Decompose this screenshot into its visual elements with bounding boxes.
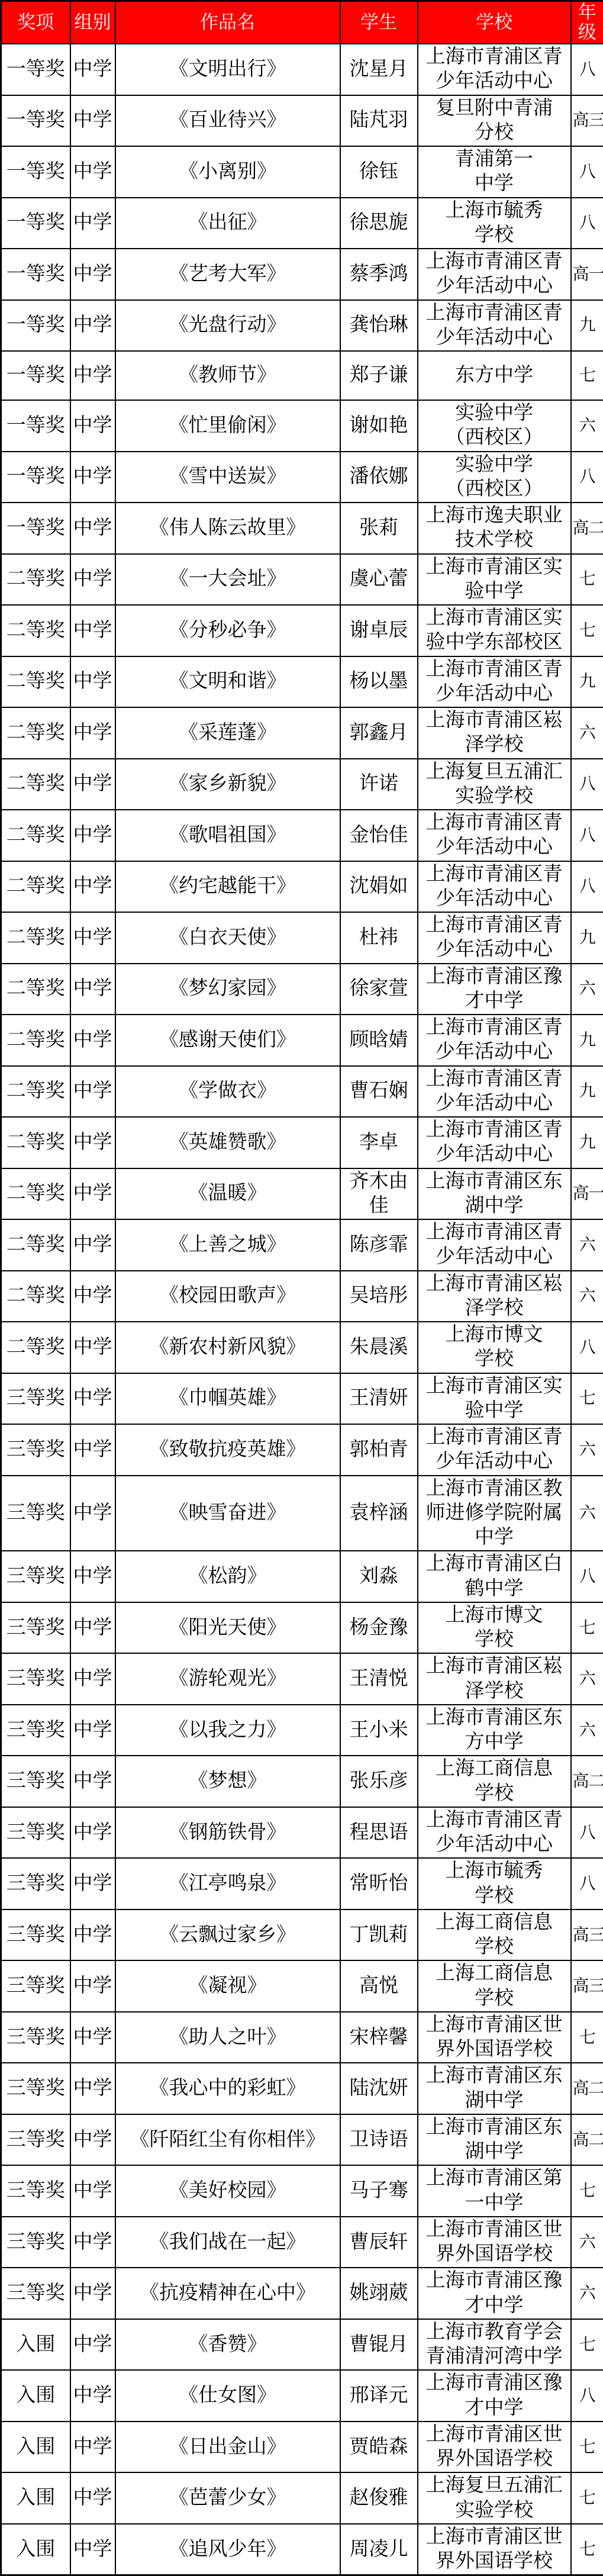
group-cell: 中学 (70, 146, 115, 198)
table-row: 一等奖中学《教师节》郑子谦东方中学七 (1, 351, 603, 400)
award-cell: 二等奖 (1, 1219, 70, 1271)
award-cell: 入围 (1, 2472, 70, 2524)
grade-cell: 八 (571, 810, 603, 861)
table-row: 二等奖中学《一大会址》虞心蕾上海市青浦区实 验中学七 (1, 554, 603, 606)
table-row: 三等奖中学《阡陌红尘有你相伴》卫诗语上海市青浦区东 湖中学高二 (1, 2114, 603, 2166)
table-row: 入围中学《芭蕾少女》赵俊雅上海复旦五浦汇 实验学校七 (1, 2472, 603, 2524)
table-row: 三等奖中学《梦想》张乐彦上海工商信息 学校高二 (1, 1756, 603, 1807)
award-cell: 一等奖 (1, 198, 70, 249)
group-cell: 中学 (70, 2524, 115, 2575)
award-cell: 一等奖 (1, 44, 70, 95)
student-name-cell: 刘淼 (340, 1551, 418, 1602)
group-cell: 中学 (70, 2370, 115, 2422)
student-name-cell: 杨金豫 (340, 1602, 418, 1654)
group-cell: 中学 (70, 2114, 115, 2166)
student-name-cell: 杜祎 (340, 912, 418, 964)
school-cell: 上海市青浦区东 湖中学 (418, 2114, 571, 2166)
grade-cell: 高二 (571, 2114, 603, 2166)
school-cell: 上海市青浦区青 少年活动中心 (418, 656, 571, 708)
table-row: 二等奖中学《学做衣》曹石娴上海市青浦区青 少年活动中心九 (1, 1066, 603, 1118)
group-cell: 中学 (70, 400, 115, 452)
student-name-cell: 潘依娜 (340, 452, 418, 503)
table-row: 三等奖中学《游轮观光》王清悦上海市青浦区崧 泽学校六 (1, 1653, 603, 1705)
table-row: 二等奖中学《歌唱祖国》金怡佳上海市青浦区青 少年活动中心八 (1, 810, 603, 861)
table-row: 二等奖中学《校园田歌声》吴培彤上海市青浦区崧 泽学校六 (1, 1271, 603, 1322)
school-cell: 上海复旦五浦汇 实验学校 (418, 759, 571, 810)
school-cell: 上海工商信息 学校 (418, 1910, 571, 1961)
student-name-cell: 王清妍 (340, 1373, 418, 1425)
table-row: 三等奖中学《钢筋铁骨》程思语上海市青浦区青 少年活动中心八 (1, 1807, 603, 1859)
grade-cell: 六 (571, 964, 603, 1015)
work-title-cell: 《校园田歌声》 (115, 1271, 340, 1322)
award-cell: 二等奖 (1, 605, 70, 656)
work-title-cell: 《梦幻家园》 (115, 964, 340, 1015)
table-row: 三等奖中学《云飘过家乡》丁凯莉上海工商信息 学校高三 (1, 1910, 603, 1961)
group-cell: 中学 (70, 1910, 115, 1961)
grade-cell: 高二 (571, 1756, 603, 1807)
group-cell: 中学 (70, 1960, 115, 2012)
grade-cell: 七 (571, 554, 603, 606)
table-row: 一等奖中学《出征》徐思旎上海市毓秀 学校八 (1, 198, 603, 249)
grade-cell: 六 (571, 1476, 603, 1551)
grade-cell: 六 (571, 707, 603, 759)
school-cell: 上海市逸夫职业 技术学校 (418, 503, 571, 554)
school-cell: 上海市毓秀 学校 (418, 198, 571, 249)
student-name-cell: 姚翊葳 (340, 2268, 418, 2319)
work-title-cell: 《艺考大军》 (115, 249, 340, 300)
award-cell: 二等奖 (1, 1271, 70, 1322)
work-title-cell: 《英雄赞歌》 (115, 1117, 340, 1168)
school-cell: 上海市青浦区东 湖中学 (418, 2063, 571, 2114)
grade-cell: 六 (571, 1219, 603, 1271)
grade-cell: 高三 (571, 1960, 603, 2012)
school-cell: 实验中学 （西校区） (418, 452, 571, 503)
award-cell: 一等奖 (1, 249, 70, 300)
student-name-cell: 邢译元 (340, 2370, 418, 2422)
work-title-cell: 《小离别》 (115, 146, 340, 198)
student-name-cell: 陈彦霏 (340, 1219, 418, 1271)
grade-cell: 八 (571, 861, 603, 913)
award-cell: 二等奖 (1, 1168, 70, 1220)
table-row: 三等奖中学《抗疫精神在心中》姚翊葳上海市青浦区豫 才中学六 (1, 2268, 603, 2319)
grade-cell: 六 (571, 400, 603, 452)
group-cell: 中学 (70, 1219, 115, 1271)
work-title-cell: 《我们战在一起》 (115, 2217, 340, 2268)
award-cell: 三等奖 (1, 1756, 70, 1807)
award-cell: 三等奖 (1, 1858, 70, 1910)
school-cell: 上海市青浦区崧 泽学校 (418, 707, 571, 759)
work-title-cell: 《雪中送炭》 (115, 452, 340, 503)
award-cell: 二等奖 (1, 759, 70, 810)
grade-cell: 六 (571, 1653, 603, 1705)
student-name-cell: 虞心蕾 (340, 554, 418, 606)
school-cell: 上海工商信息 学校 (418, 1960, 571, 2012)
work-title-cell: 《教师节》 (115, 351, 340, 400)
school-cell: 上海市博文 学校 (418, 1602, 571, 1654)
table-row: 一等奖中学《雪中送炭》潘依娜实验中学 （西校区）八 (1, 452, 603, 503)
school-cell: 上海市青浦区青 少年活动中心 (418, 1117, 571, 1168)
award-cell: 三等奖 (1, 1807, 70, 1859)
student-name-cell: 张乐彦 (340, 1756, 418, 1807)
work-title-cell: 《百业待兴》 (115, 95, 340, 147)
award-cell: 三等奖 (1, 1960, 70, 2012)
grade-cell: 高一 (571, 249, 603, 300)
grade-cell: 八 (571, 1551, 603, 1602)
grade-cell: 七 (571, 2422, 603, 2473)
work-title-cell: 《我心中的彩虹》 (115, 2063, 340, 2114)
table-row: 二等奖中学《温暖》齐木由佳上海市青浦区东 湖中学高一 (1, 1168, 603, 1220)
award-cell: 二等奖 (1, 810, 70, 861)
school-cell: 上海工商信息 学校 (418, 1756, 571, 1807)
student-name-cell: 谢卓辰 (340, 605, 418, 656)
work-title-cell: 《日出金山》 (115, 2422, 340, 2473)
work-title-cell: 《新农村新风貌》 (115, 1322, 340, 1373)
student-name-cell: 袁梓涵 (340, 1476, 418, 1551)
table-row: 三等奖中学《松韵》刘淼上海市青浦区白 鹤中学八 (1, 1551, 603, 1602)
school-cell: 上海市青浦区青 少年活动中心 (418, 810, 571, 861)
school-cell: 上海市青浦区世 界外国语学校 (418, 2012, 571, 2063)
work-title-cell: 《助人之叶》 (115, 2012, 340, 2063)
student-name-cell: 丁凯莉 (340, 1910, 418, 1961)
award-cell: 二等奖 (1, 861, 70, 913)
school-cell: 上海市教育学会 青浦清河湾中学 (418, 2319, 571, 2371)
work-title-cell: 《香赞》 (115, 2319, 340, 2371)
work-title-cell: 《感谢天使们》 (115, 1015, 340, 1066)
award-cell: 二等奖 (1, 707, 70, 759)
work-title-cell: 《阳光天使》 (115, 1602, 340, 1654)
grade-cell: 九 (571, 912, 603, 964)
group-cell: 中学 (70, 861, 115, 913)
student-name-cell: 宋梓馨 (340, 2012, 418, 2063)
group-cell: 中学 (70, 1705, 115, 1756)
award-table-body: 一等奖中学《文明出行》沈星月上海市青浦区青 少年活动中心八一等奖中学《百业待兴》… (1, 44, 603, 2575)
table-row: 二等奖中学《上善之城》陈彦霏上海市青浦区青 少年活动中心六 (1, 1219, 603, 1271)
school-cell: 上海市青浦区豫 才中学 (418, 2268, 571, 2319)
group-cell: 中学 (70, 300, 115, 352)
award-cell: 一等奖 (1, 400, 70, 452)
award-cell: 三等奖 (1, 1653, 70, 1705)
grade-cell: 七 (571, 1602, 603, 1654)
work-title-cell: 《江亭鸣泉》 (115, 1858, 340, 1910)
grade-cell: 七 (571, 605, 603, 656)
work-title-cell: 《凝视》 (115, 1960, 340, 2012)
group-cell: 中学 (70, 759, 115, 810)
student-name-cell: 谢如艳 (340, 400, 418, 452)
group-cell: 中学 (70, 1424, 115, 1476)
table-row: 三等奖中学《我心中的彩虹》陆沈妍上海市青浦区东 湖中学高二 (1, 2063, 603, 2114)
student-name-cell: 徐家萱 (340, 964, 418, 1015)
group-cell: 中学 (70, 1807, 115, 1859)
work-title-cell: 《文明和谐》 (115, 656, 340, 708)
work-title-cell: 《追风少年》 (115, 2524, 340, 2575)
grade-cell: 八 (571, 759, 603, 810)
group-cell: 中学 (70, 198, 115, 249)
school-cell: 上海市青浦区青 少年活动中心 (418, 1424, 571, 1476)
table-row: 三等奖中学《巾帼英雄》王清妍上海市青浦区实 验中学七 (1, 1373, 603, 1425)
table-row: 二等奖中学《约宅越能干》沈娟如上海市青浦区青 少年活动中心八 (1, 861, 603, 913)
student-name-cell: 徐钰 (340, 146, 418, 198)
student-name-cell: 沈星月 (340, 44, 418, 95)
group-cell: 中学 (70, 656, 115, 708)
group-cell: 中学 (70, 2165, 115, 2217)
work-title-cell: 《白衣天使》 (115, 912, 340, 964)
award-cell: 三等奖 (1, 1373, 70, 1425)
award-cell: 三等奖 (1, 2114, 70, 2166)
award-cell: 三等奖 (1, 2268, 70, 2319)
award-cell: 二等奖 (1, 656, 70, 708)
work-title-cell: 《文明出行》 (115, 44, 340, 95)
grade-cell: 八 (571, 1858, 603, 1910)
work-title-cell: 《约宅越能干》 (115, 861, 340, 913)
table-row: 三等奖中学《江亭鸣泉》常昕怡上海市毓秀 学校八 (1, 1858, 603, 1910)
grade-cell: 七 (571, 2472, 603, 2524)
header-student: 学生 (340, 1, 418, 44)
school-cell: 上海市青浦区白 鹤中学 (418, 1551, 571, 1602)
grade-cell: 高一 (571, 1168, 603, 1220)
student-name-cell: 朱晨溪 (340, 1322, 418, 1373)
award-cell: 三等奖 (1, 2012, 70, 2063)
grade-cell: 八 (571, 1807, 603, 1859)
work-title-cell: 《采莲蓬》 (115, 707, 340, 759)
header-work: 作品名 (115, 1, 340, 44)
group-cell: 中学 (70, 1066, 115, 1118)
school-cell: 上海市青浦区第 一中学 (418, 2165, 571, 2217)
award-cell: 一等奖 (1, 95, 70, 147)
award-results-table: 奖项 组别 作品名 学生 学校 年级 一等奖中学《文明出行》沈星月上海市青浦区青… (0, 0, 603, 2576)
award-cell: 三等奖 (1, 2063, 70, 2114)
school-cell: 上海市青浦区青 少年活动中心 (418, 249, 571, 300)
table-row: 一等奖中学《伟人陈云故里》张莉上海市逸夫职业 技术学校高二 (1, 503, 603, 554)
school-cell: 上海市青浦区青 少年活动中心 (418, 1219, 571, 1271)
award-cell: 二等奖 (1, 1066, 70, 1118)
school-cell: 青浦第一 中学 (418, 146, 571, 198)
header-grade: 年级 (571, 1, 603, 44)
award-cell: 一等奖 (1, 300, 70, 352)
table-row: 三等奖中学《映雪奋进》袁梓涵上海市青浦区教 师进修学院附属 中学六 (1, 1476, 603, 1551)
work-title-cell: 《上善之城》 (115, 1219, 340, 1271)
grade-cell: 高三 (571, 1910, 603, 1961)
work-title-cell: 《仕女图》 (115, 2370, 340, 2422)
student-name-cell: 曹锟月 (340, 2319, 418, 2371)
table-row: 二等奖中学《英雄赞歌》李卓上海市青浦区青 少年活动中心九 (1, 1117, 603, 1168)
school-cell: 上海市青浦区青 少年活动中心 (418, 1066, 571, 1118)
student-name-cell: 常昕怡 (340, 1858, 418, 1910)
group-cell: 中学 (70, 1756, 115, 1807)
grade-cell: 九 (571, 1015, 603, 1066)
group-cell: 中学 (70, 810, 115, 861)
work-title-cell: 《云飘过家乡》 (115, 1910, 340, 1961)
group-cell: 中学 (70, 1322, 115, 1373)
group-cell: 中学 (70, 554, 115, 606)
student-name-cell: 李卓 (340, 1117, 418, 1168)
group-cell: 中学 (70, 2012, 115, 2063)
group-cell: 中学 (70, 912, 115, 964)
grade-cell: 七 (571, 2319, 603, 2371)
group-cell: 中学 (70, 95, 115, 147)
award-cell: 二等奖 (1, 1322, 70, 1373)
table-row: 二等奖中学《感谢天使们》顾晗婧上海市青浦区青 少年活动中心九 (1, 1015, 603, 1066)
school-cell: 上海市青浦区世 界外国语学校 (418, 2524, 571, 2575)
student-name-cell: 马子骞 (340, 2165, 418, 2217)
work-title-cell: 《游轮观光》 (115, 1653, 340, 1705)
work-title-cell: 《温暖》 (115, 1168, 340, 1220)
school-cell: 上海市青浦区豫 才中学 (418, 2370, 571, 2422)
award-cell: 入围 (1, 2524, 70, 2575)
student-name-cell: 齐木由佳 (340, 1168, 418, 1220)
work-title-cell: 《学做衣》 (115, 1066, 340, 1118)
student-name-cell: 吴培彤 (340, 1271, 418, 1322)
school-cell: 复旦附中青浦 分校 (418, 95, 571, 147)
grade-cell: 高二 (571, 2063, 603, 2114)
group-cell: 中学 (70, 1602, 115, 1654)
school-cell: 上海市青浦区豫 才中学 (418, 964, 571, 1015)
table-row: 二等奖中学《采莲蓬》郭鑫月上海市青浦区崧 泽学校六 (1, 707, 603, 759)
table-row: 二等奖中学《白衣天使》杜祎上海市青浦区青 少年活动中心九 (1, 912, 603, 964)
student-name-cell: 高悦 (340, 1960, 418, 2012)
grade-cell: 九 (571, 1117, 603, 1168)
work-title-cell: 《抗疫精神在心中》 (115, 2268, 340, 2319)
group-cell: 中学 (70, 1117, 115, 1168)
group-cell: 中学 (70, 707, 115, 759)
grade-cell: 七 (571, 351, 603, 400)
group-cell: 中学 (70, 2319, 115, 2371)
grade-cell: 八 (571, 146, 603, 198)
school-cell: 上海市博文 学校 (418, 1322, 571, 1373)
award-cell: 二等奖 (1, 1015, 70, 1066)
table-row: 一等奖中学《小离别》徐钰青浦第一 中学八 (1, 146, 603, 198)
student-name-cell: 徐思旎 (340, 198, 418, 249)
table-row: 一等奖中学《忙里偷闲》谢如艳实验中学 （西校区）六 (1, 400, 603, 452)
school-cell: 上海市青浦区世 界外国语学校 (418, 2217, 571, 2268)
student-name-cell: 卫诗语 (340, 2114, 418, 2166)
grade-cell: 八 (571, 2370, 603, 2422)
student-name-cell: 赵俊雅 (340, 2472, 418, 2524)
grade-cell: 八 (571, 452, 603, 503)
student-name-cell: 郑子谦 (340, 351, 418, 400)
student-name-cell: 蔡季鸿 (340, 249, 418, 300)
school-cell: 上海复旦五浦汇 实验学校 (418, 2472, 571, 2524)
work-title-cell: 《钢筋铁骨》 (115, 1807, 340, 1859)
school-cell: 上海市青浦区东 湖中学 (418, 1168, 571, 1220)
award-cell: 一等奖 (1, 351, 70, 400)
group-cell: 中学 (70, 605, 115, 656)
group-cell: 中学 (70, 2422, 115, 2473)
group-cell: 中学 (70, 1271, 115, 1322)
group-cell: 中学 (70, 2063, 115, 2114)
work-title-cell: 《芭蕾少女》 (115, 2472, 340, 2524)
work-title-cell: 《梦想》 (115, 1756, 340, 1807)
award-cell: 三等奖 (1, 2217, 70, 2268)
table-row: 二等奖中学《梦幻家园》徐家萱上海市青浦区豫 才中学六 (1, 964, 603, 1015)
student-name-cell: 龚怡琳 (340, 300, 418, 352)
award-cell: 入围 (1, 2319, 70, 2371)
school-cell: 实验中学 （西校区） (418, 400, 571, 452)
student-name-cell: 程思语 (340, 1807, 418, 1859)
grade-cell: 九 (571, 656, 603, 708)
group-cell: 中学 (70, 964, 115, 1015)
table-row: 二等奖中学《分秒必争》谢卓辰上海市青浦区实 验中学东部校区七 (1, 605, 603, 656)
student-name-cell: 金怡佳 (340, 810, 418, 861)
header-group: 组别 (70, 1, 115, 44)
school-cell: 上海市青浦区东 方中学 (418, 1705, 571, 1756)
table-row: 一等奖中学《光盘行动》龚怡琳上海市青浦区青 少年活动中心九 (1, 300, 603, 352)
award-cell: 二等奖 (1, 1117, 70, 1168)
award-cell: 一等奖 (1, 452, 70, 503)
group-cell: 中学 (70, 44, 115, 95)
award-cell: 三等奖 (1, 1910, 70, 1961)
work-title-cell: 《歌唱祖国》 (115, 810, 340, 861)
school-cell: 上海市青浦区青 少年活动中心 (418, 44, 571, 95)
table-row: 二等奖中学《文明和谐》杨以墨上海市青浦区青 少年活动中心九 (1, 656, 603, 708)
grade-cell: 九 (571, 1066, 603, 1118)
grade-cell: 七 (571, 2165, 603, 2217)
group-cell: 中学 (70, 2268, 115, 2319)
school-cell: 上海市青浦区教 师进修学院附属 中学 (418, 1476, 571, 1551)
student-name-cell: 周凌儿 (340, 2524, 418, 2575)
school-cell: 上海市毓秀 学校 (418, 1858, 571, 1910)
grade-cell: 高二 (571, 503, 603, 554)
student-name-cell: 郭鑫月 (340, 707, 418, 759)
grade-cell: 七 (571, 2524, 603, 2575)
grade-cell: 六 (571, 2268, 603, 2319)
table-row: 入围中学《日出金山》贾皓森上海市青浦区世 界外国语学校七 (1, 2422, 603, 2473)
table-row: 三等奖中学《助人之叶》宋梓馨上海市青浦区世 界外国语学校七 (1, 2012, 603, 2063)
work-title-cell: 《分秒必争》 (115, 605, 340, 656)
student-name-cell: 曹辰轩 (340, 2217, 418, 2268)
student-name-cell: 陆芃羽 (340, 95, 418, 147)
table-row: 三等奖中学《我们战在一起》曹辰轩上海市青浦区世 界外国语学校六 (1, 2217, 603, 2268)
group-cell: 中学 (70, 351, 115, 400)
header-school: 学校 (418, 1, 571, 44)
school-cell: 上海市青浦区青 少年活动中心 (418, 912, 571, 964)
group-cell: 中学 (70, 1168, 115, 1220)
student-name-cell: 顾晗婧 (340, 1015, 418, 1066)
grade-cell: 高三 (571, 95, 603, 147)
award-cell: 三等奖 (1, 1602, 70, 1654)
grade-cell: 七 (571, 1373, 603, 1425)
header-row: 奖项 组别 作品名 学生 学校 年级 (1, 1, 603, 44)
work-title-cell: 《巾帼英雄》 (115, 1373, 340, 1425)
grade-cell: 六 (571, 2217, 603, 2268)
school-cell: 上海市青浦区青 少年活动中心 (418, 1807, 571, 1859)
work-title-cell: 《一大会址》 (115, 554, 340, 606)
school-cell: 上海市青浦区青 少年活动中心 (418, 1015, 571, 1066)
table-row: 三等奖中学《阳光天使》杨金豫上海市博文 学校七 (1, 1602, 603, 1654)
group-cell: 中学 (70, 1858, 115, 1910)
table-header: 奖项 组别 作品名 学生 学校 年级 (1, 1, 603, 44)
grade-cell: 六 (571, 1705, 603, 1756)
school-cell: 上海市青浦区世 界外国语学校 (418, 2422, 571, 2473)
group-cell: 中学 (70, 452, 115, 503)
school-cell: 上海市青浦区崧 泽学校 (418, 1653, 571, 1705)
student-name-cell: 张莉 (340, 503, 418, 554)
grade-cell: 九 (571, 300, 603, 352)
group-cell: 中学 (70, 249, 115, 300)
table-row: 一等奖中学《艺考大军》蔡季鸿上海市青浦区青 少年活动中心高一 (1, 249, 603, 300)
table-row: 入围中学《香赞》曹锟月上海市教育学会 青浦清河湾中学七 (1, 2319, 603, 2371)
award-cell: 二等奖 (1, 912, 70, 964)
work-title-cell: 《映雪奋进》 (115, 1476, 340, 1551)
grade-cell: 八 (571, 44, 603, 95)
grade-cell: 七 (571, 2012, 603, 2063)
student-name-cell: 杨以墨 (340, 656, 418, 708)
table-row: 一等奖中学《文明出行》沈星月上海市青浦区青 少年活动中心八 (1, 44, 603, 95)
student-name-cell: 陆沈妍 (340, 2063, 418, 2114)
work-title-cell: 《家乡新貌》 (115, 759, 340, 810)
work-title-cell: 《致敬抗疫英雄》 (115, 1424, 340, 1476)
school-cell: 上海市青浦区实 验中学 (418, 554, 571, 606)
table-row: 三等奖中学《致敬抗疫英雄》郭柏青上海市青浦区青 少年活动中心六 (1, 1424, 603, 1476)
